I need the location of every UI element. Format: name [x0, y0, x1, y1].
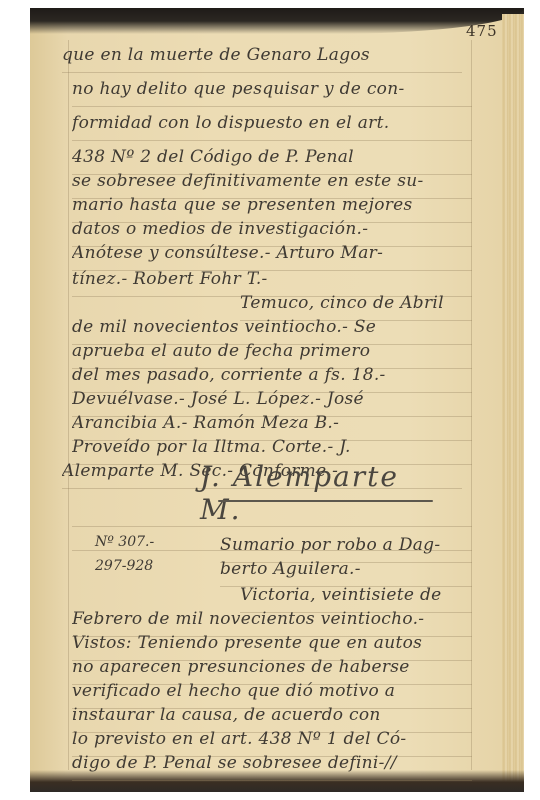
entry-1-line: formidad con lo dispuesto en el art.: [72, 106, 472, 141]
entry-2-line: digo de P. Penal se sobresee defini-//: [72, 746, 472, 781]
page-number: 475: [466, 22, 498, 40]
entry-2-case-number: 297-928: [95, 558, 153, 574]
entry-1-line: que en la muerte de Genaro Lagos: [62, 38, 462, 73]
entry-1-line: no hay delito que pesquisar y de con-: [72, 72, 472, 107]
page-edges: [502, 14, 524, 784]
entry-2-number: Nº 307.-: [95, 534, 154, 550]
